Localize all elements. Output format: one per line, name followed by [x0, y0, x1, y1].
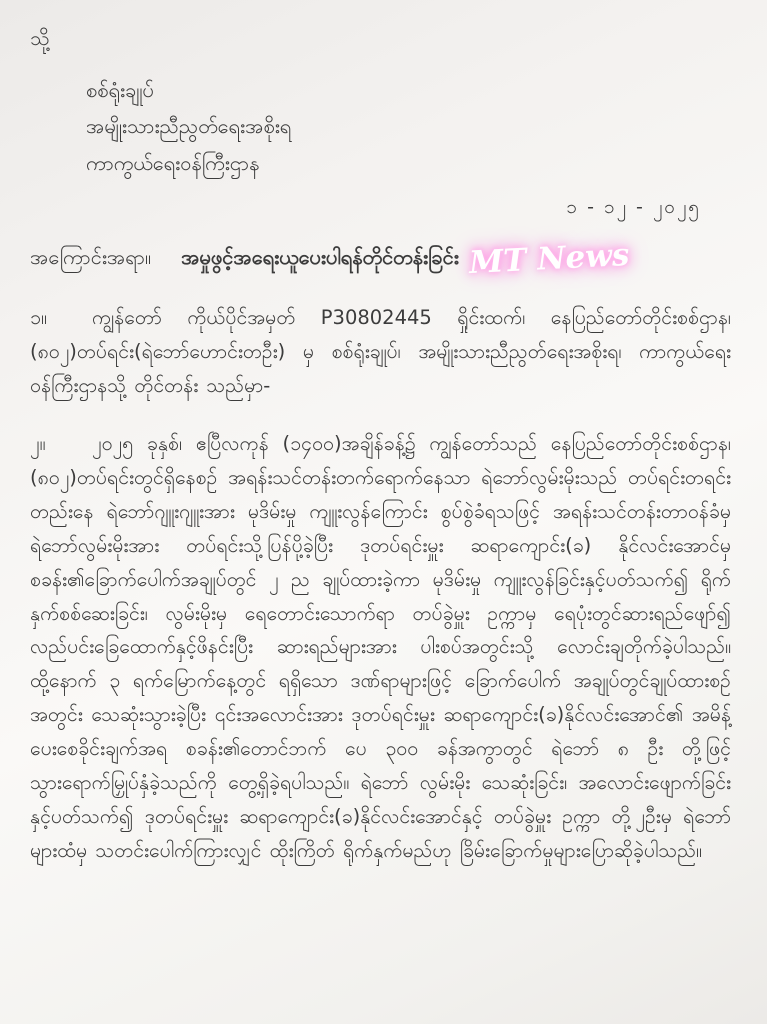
salutation: သို့ [30, 24, 731, 52]
paragraph-2-number: ၂။ [30, 427, 92, 461]
recipient-block: စစ်ရုံးချုပ် အမျိုးသားညီညွတ်ရေးအစိုးရ ကာ… [86, 72, 731, 181]
recipient-line-nug: အမျိုးသားညီညွတ်ရေးအစိုးရ [86, 108, 731, 144]
subject-title: အမှုဖွင့်အရေးယူပေးပါရန်တိုင်တန်းခြင်း [181, 244, 459, 274]
subject-label: အကြောင်းအရာ။ [30, 244, 151, 274]
paragraph-2-text: ၂၀၂၅ ခုနှစ်၊ ဧပြီလကုန် (၁၄၀၀)အချိန်ခန့်၌… [30, 432, 731, 862]
mt-news-watermark: MT News [468, 237, 630, 281]
recipient-line-ministry-of-defence: ကာကွယ်ရေးဝန်ကြီးဌာန [86, 145, 731, 181]
paragraph-1: ၁။ကျွန်တော် ကိုယ်ပိုင်အမှတ် P30802445 ရှ… [30, 301, 731, 403]
letter-date: ၁ - ၁၂ - ၂၀၂၅ [30, 195, 731, 223]
paragraph-2: ၂။၂၀၂၅ ခုနှစ်၊ ဧပြီလကုန် (၁၄၀၀)အချိန်ခန့… [30, 427, 731, 868]
paragraph-1-text: ကျွန်တော် ကိုယ်ပိုင်အမှတ် P30802445 ရှို… [30, 306, 731, 397]
subject-row: အကြောင်းအရာ။ အမှုဖွင့်အရေးယူပေးပါရန်တိုင… [30, 241, 731, 277]
paragraph-1-number: ၁။ [30, 301, 92, 335]
recipient-line-army-hq: စစ်ရုံးချုပ် [86, 72, 731, 108]
document-page: သို့ စစ်ရုံးချုပ် အမျိုးသားညီညွတ်ရေးအစို… [0, 0, 767, 1024]
